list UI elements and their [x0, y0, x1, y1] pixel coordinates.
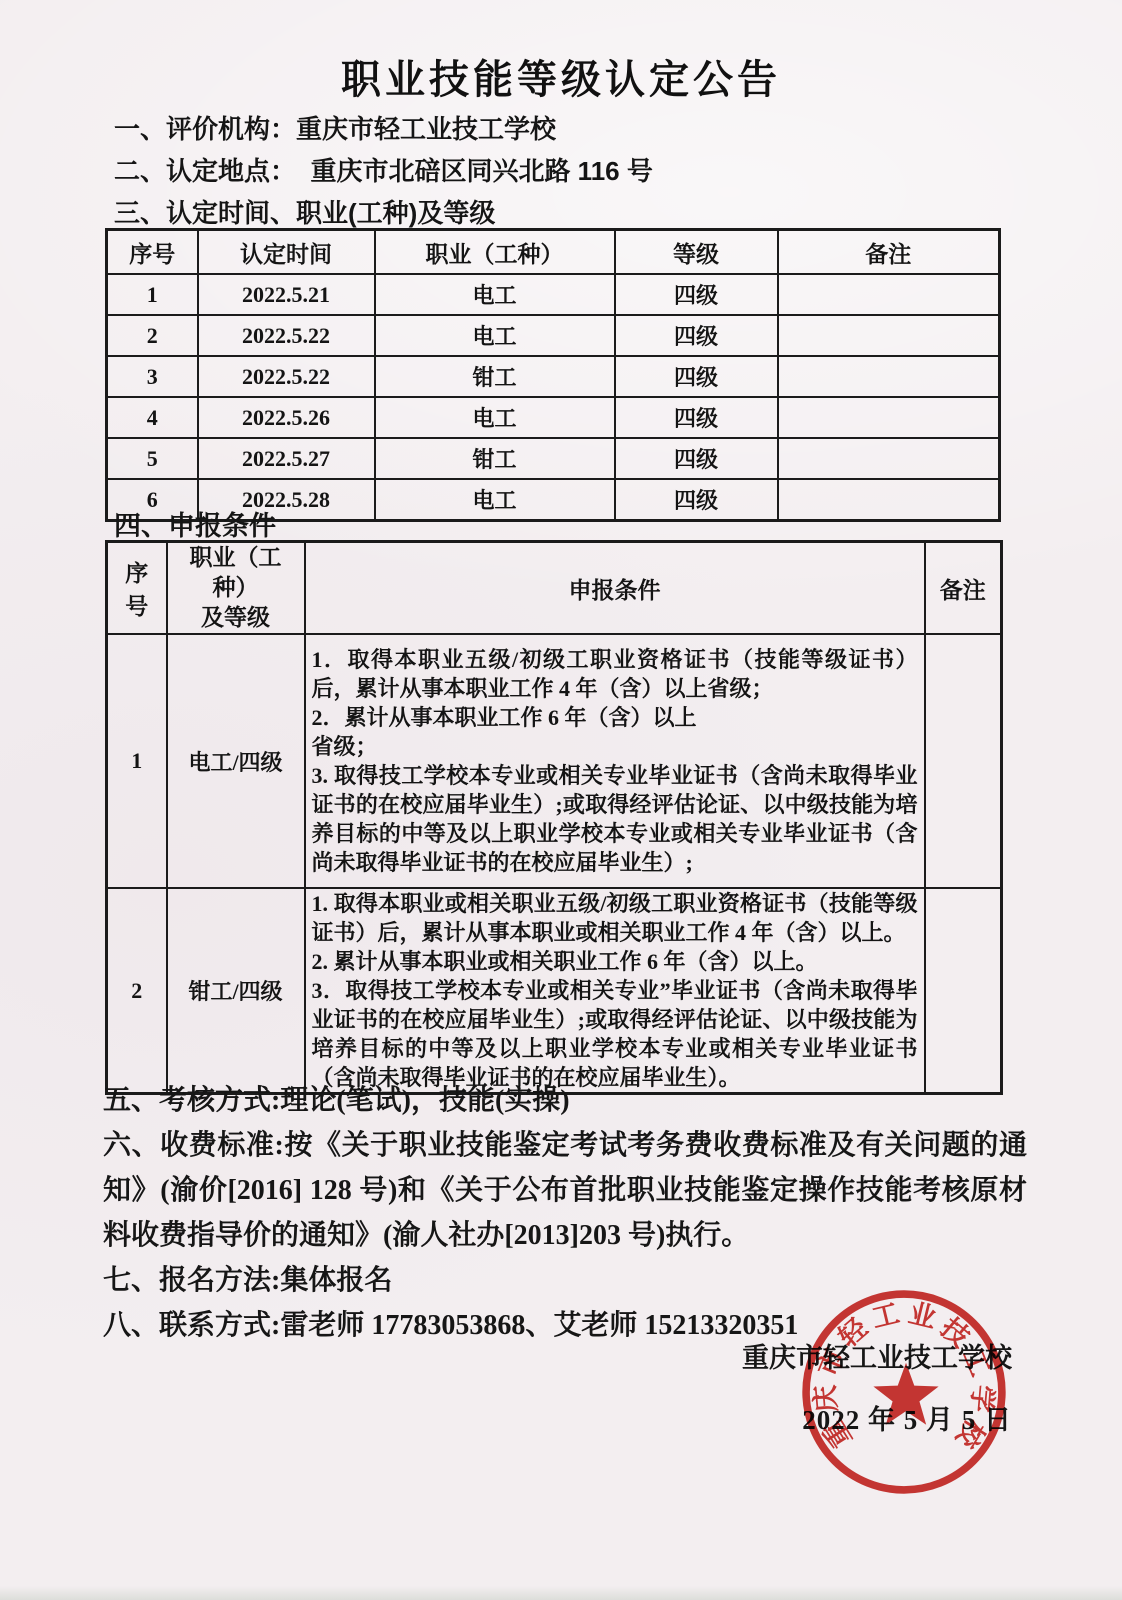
cell-level: 四级	[615, 479, 778, 521]
cell-seq: 1	[107, 274, 198, 315]
col-header-occupation-line1: 职业（工种）	[174, 543, 298, 603]
page-title: 职业技能等级认定公告	[0, 48, 1122, 105]
table-row: 1 2022.5.21 电工 四级	[107, 274, 1000, 315]
table-row: 2 钳工/四级 1. 取得本职业或相关职业五级/初级工职业资格证书（技能等级证书…	[107, 888, 1002, 1094]
seal-character: 学	[966, 1384, 999, 1414]
condition-item: 3. 取得技工学校本专业或相关专业毕业证书（含尚未取得毕业证书的在校应届毕业生）…	[312, 761, 918, 877]
cell-conditions: 1．取得本职业五级/初级工职业资格证书（技能等级证书）后，累计从事本职业工作 4…	[305, 634, 925, 888]
col-header-conditions: 申报条件	[305, 542, 925, 635]
cell-seq: 5	[107, 438, 198, 479]
condition-item: 2. 累计从事本职业或相关职业工作 6 年（含）以上。	[312, 947, 918, 976]
cell-note	[778, 397, 1000, 438]
condition-item: 3．取得技工学校本专业或相关专业”毕业证书（含尚未取得毕业证书的在校应届毕业生）…	[312, 976, 918, 1092]
cell-note	[778, 438, 1000, 479]
cell-occupation: 钳工	[375, 438, 615, 479]
cell-note	[778, 479, 1000, 521]
intro-item-evaluation-org: 一、评价机构：重庆市轻工业技工学校	[114, 108, 1034, 150]
col-header-occupation-level: 职业（工种） 及等级	[167, 542, 305, 635]
col-header-note: 备注	[925, 542, 1002, 635]
conditions-header-row: 序号 职业（工种） 及等级 申报条件 备注	[107, 542, 1002, 635]
cell-date: 2022.5.22	[198, 315, 375, 356]
official-seal-stamp: 重庆市轻工业技工学校	[798, 1284, 1012, 1500]
conditions-table: 序号 职业（工种） 及等级 申报条件 备注 1 电工/四级 1．取得本职业五级/…	[105, 540, 1003, 1095]
table-row: 5 2022.5.27 钳工 四级	[107, 438, 1000, 479]
seal-svg: 重庆市轻工业技工学校	[798, 1284, 1012, 1500]
condition-item: 1．取得本职业五级/初级工职业资格证书（技能等级证书）后，累计从事本职业工作 4…	[312, 645, 918, 703]
cell-level: 四级	[615, 315, 778, 356]
intro-item-location: 二、认定地点： 重庆市北碚区同兴北路 116 号	[114, 150, 1034, 192]
intro-section: 一、评价机构：重庆市轻工业技工学校 二、认定地点： 重庆市北碚区同兴北路 116…	[114, 108, 1034, 234]
cell-date: 2022.5.26	[198, 397, 375, 438]
schedule-header-row: 序号 认定时间 职业（工种） 等级 备注	[107, 230, 1000, 275]
col-header-level: 等级	[615, 230, 778, 275]
cell-conditions: 1. 取得本职业或相关职业五级/初级工职业资格证书（技能等级证书）后，累计从事本…	[305, 888, 925, 1094]
cell-level: 四级	[615, 438, 778, 479]
cell-note	[925, 888, 1002, 1094]
footer-item-assessment-method: 五、考核方式:理论(笔试)，技能(实操)	[103, 1078, 1027, 1123]
cell-note	[778, 315, 1000, 356]
table-row: 4 2022.5.26 电工 四级	[107, 397, 1000, 438]
seal-character: 业	[906, 1297, 940, 1334]
cell-seq: 2	[107, 315, 198, 356]
table-row: 2 2022.5.22 电工 四级	[107, 315, 1000, 356]
cell-occupation: 钳工	[375, 356, 615, 397]
condition-item: 2．累计从事本职业工作 6 年（含）以上	[312, 703, 918, 732]
cell-note	[925, 634, 1002, 888]
cell-occupation: 电工	[375, 479, 615, 521]
cell-occupation-level: 电工/四级	[167, 634, 305, 888]
cell-note	[778, 356, 1000, 397]
col-header-seq: 序号	[107, 230, 198, 275]
col-header-note: 备注	[778, 230, 1000, 275]
cell-level: 四级	[615, 356, 778, 397]
cell-note	[778, 274, 1000, 315]
cell-date: 2022.5.22	[198, 356, 375, 397]
seal-character: 工	[869, 1297, 903, 1334]
section-heading-application-conditions: 四、申报条件	[114, 504, 276, 543]
cell-occupation: 电工	[375, 397, 615, 438]
table-row: 1 电工/四级 1．取得本职业五级/初级工职业资格证书（技能等级证书）后，累计从…	[107, 634, 1002, 888]
cell-seq: 1	[107, 634, 167, 888]
col-header-seq: 序号	[107, 542, 167, 635]
cell-occupation: 电工	[375, 274, 615, 315]
seal-star-icon	[873, 1363, 938, 1425]
condition-item: 省级；	[312, 732, 918, 761]
schedule-table: 序号 认定时间 职业（工种） 等级 备注 1 2022.5.21 电工 四级 2…	[105, 228, 1001, 522]
col-header-date: 认定时间	[198, 230, 375, 275]
document-page: 职业技能等级认定公告 一、评价机构：重庆市轻工业技工学校 二、认定地点： 重庆市…	[0, 0, 1122, 1600]
cell-date: 2022.5.21	[198, 274, 375, 315]
cell-occupation: 电工	[375, 315, 615, 356]
condition-item: 1. 取得本职业或相关职业五级/初级工职业资格证书（技能等级证书）后，累计从事本…	[312, 889, 918, 947]
col-header-occupation-line2: 及等级	[174, 603, 298, 633]
cell-date: 2022.5.27	[198, 438, 375, 479]
footer-item-fee-standard: 六、收费标准:按《关于职业技能鉴定考试考务费收费标准及有关问题的通知》(渝价[2…	[103, 1123, 1027, 1258]
cell-seq: 2	[107, 888, 167, 1094]
cell-seq: 3	[107, 356, 198, 397]
col-header-occupation: 职业（工种）	[375, 230, 615, 275]
table-row: 3 2022.5.22 钳工 四级	[107, 356, 1000, 397]
cell-level: 四级	[615, 274, 778, 315]
cell-seq: 4	[107, 397, 198, 438]
seal-character: 庆	[809, 1384, 842, 1414]
cell-occupation-level: 钳工/四级	[167, 888, 305, 1094]
cell-level: 四级	[615, 397, 778, 438]
